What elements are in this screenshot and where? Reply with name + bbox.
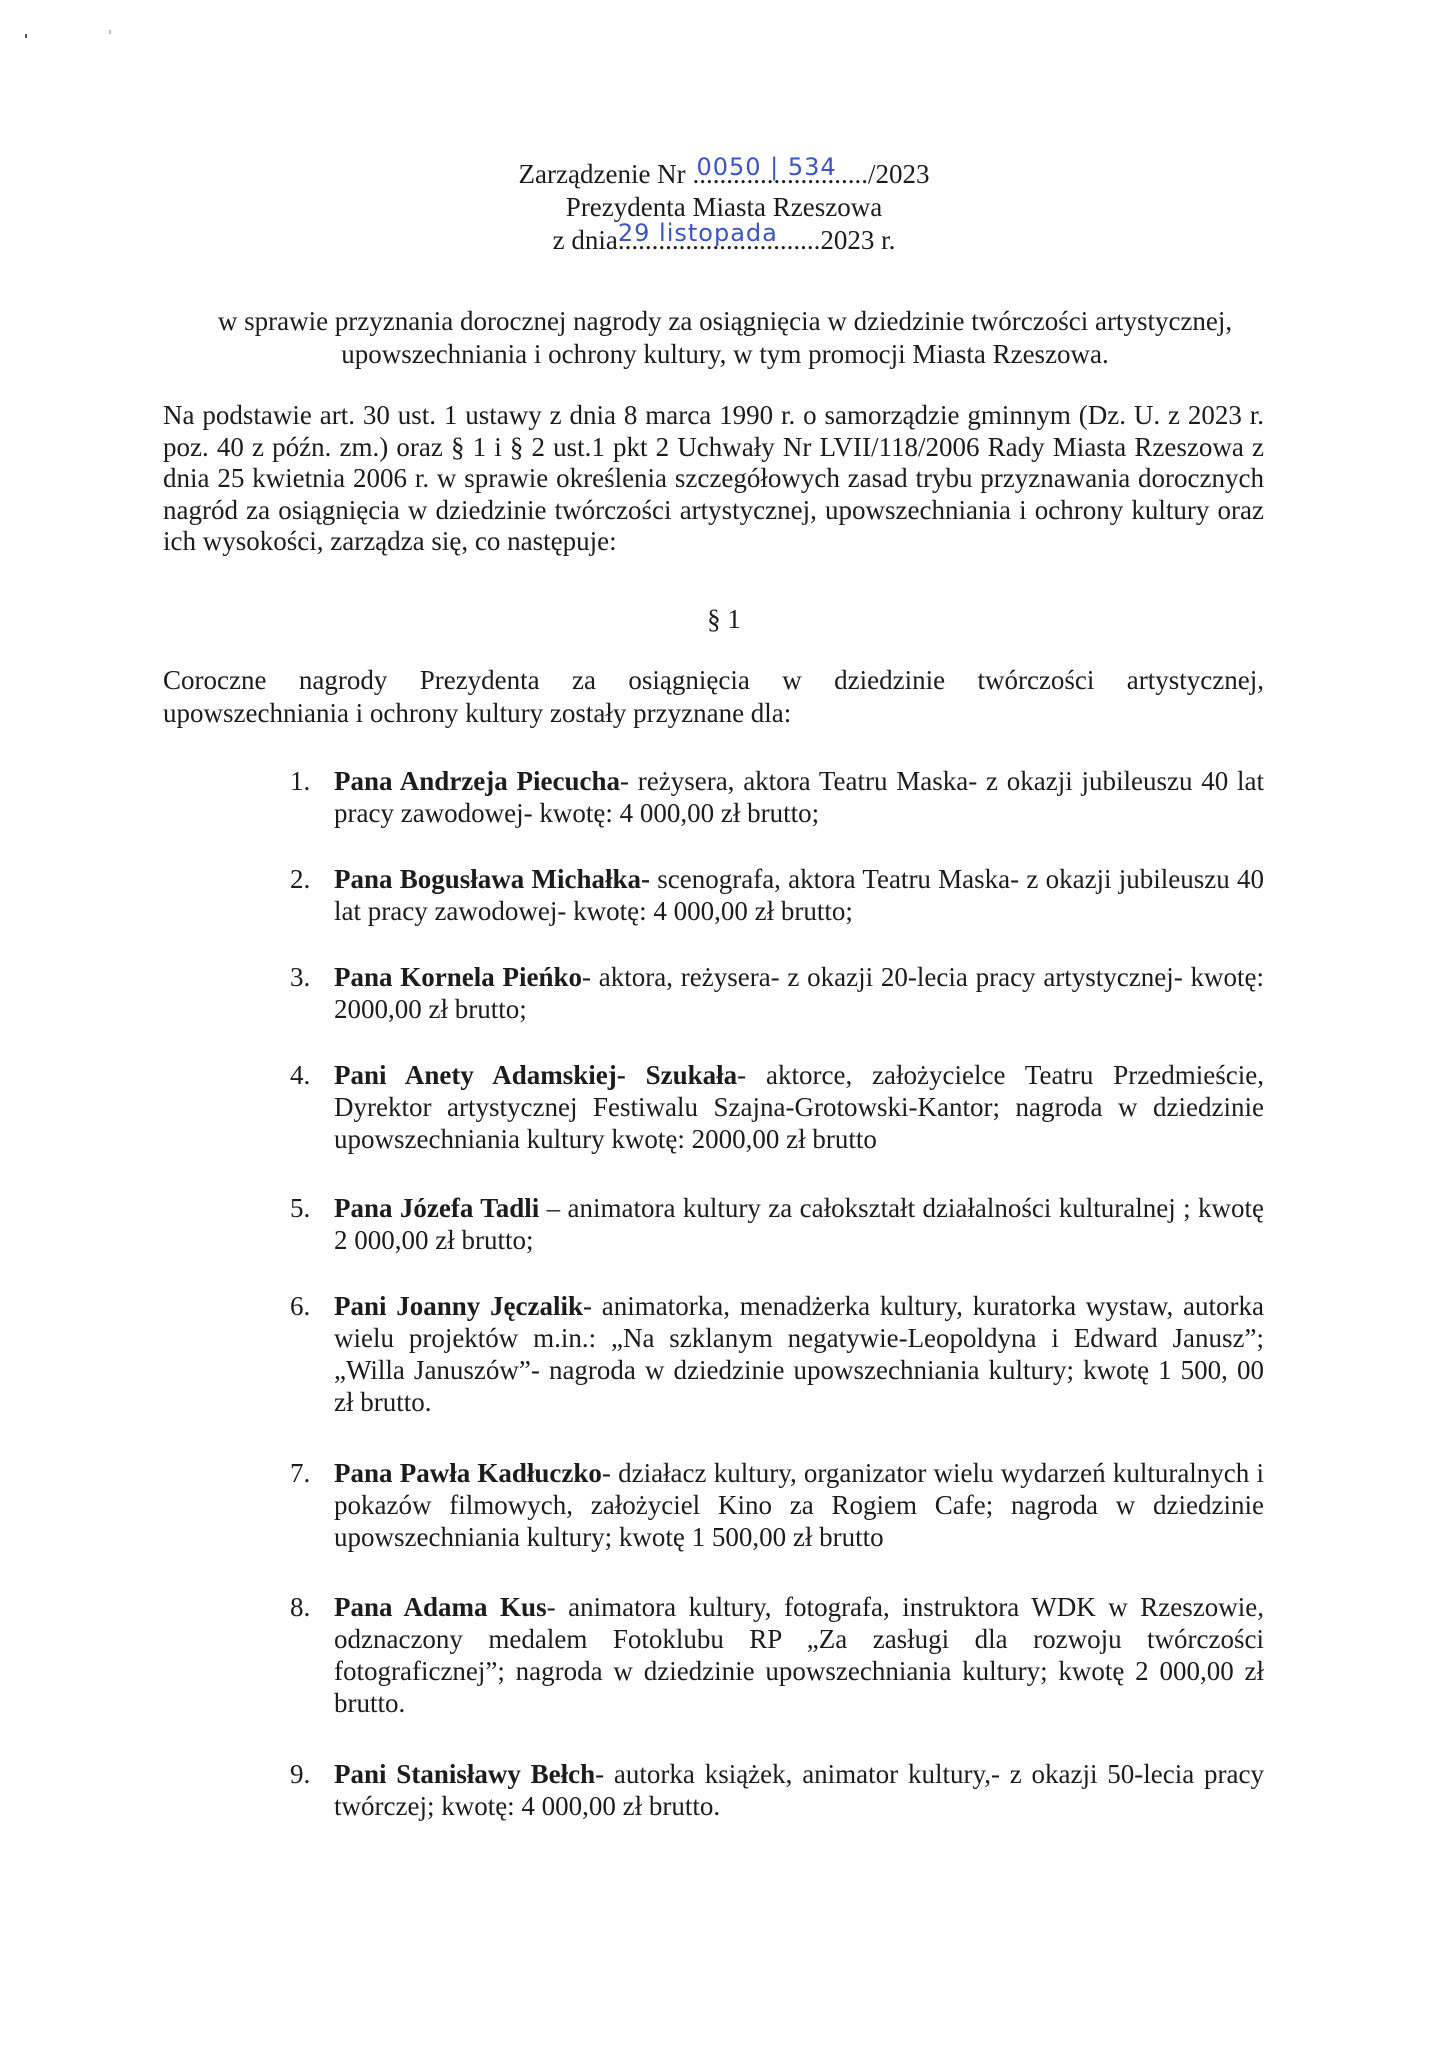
legal-basis: Na podstawie art. 30 ust. 1 ustawy z dni…	[163, 400, 1264, 558]
award-number: 7.	[290, 1457, 310, 1489]
award-recipient-name: Pana Kornela Pieńko	[334, 962, 582, 992]
award-item: 6.Pani Joanny Jęczalik- animatorka, mena…	[290, 1290, 1264, 1418]
award-number: 2.	[290, 863, 310, 895]
award-item: 9.Pani Stanisławy Bełch- autorka książek…	[290, 1758, 1264, 1822]
award-item: 1.Pana Andrzeja Piecucha- reżysera, akto…	[290, 765, 1264, 829]
number-field: ..........................0050 | 534	[692, 159, 868, 189]
award-number: 9.	[290, 1758, 310, 1790]
award-recipient-name: Pana Pawła Kadłuczko	[334, 1458, 602, 1488]
award-number: 1.	[290, 765, 310, 797]
award-recipient-name: Pani Stanisławy Bełch	[334, 1759, 595, 1789]
order-title-suffix: /2023	[868, 159, 930, 189]
award-recipient-name: Pani Anety Adamskiej- Szukała	[334, 1060, 737, 1090]
awards-intro-line-1: Coroczne nagrody Prezydenta za osiągnięc…	[163, 664, 1264, 697]
award-item: 5.Pana Józefa Tadli – animatora kultury …	[290, 1192, 1264, 1256]
scan-speck	[109, 30, 111, 34]
award-number: 5.	[290, 1192, 310, 1224]
award-number: 6.	[290, 1290, 310, 1322]
award-recipient-name: Pana Adama Kus	[334, 1592, 547, 1622]
section-heading: § 1	[0, 604, 1448, 635]
award-item: 2.Pana Bogusława Michałka- scenografa, a…	[290, 863, 1264, 927]
date-field: ..............................29 listopa…	[618, 225, 821, 255]
award-item: 8.Pana Adama Kus- animatora kultury, fot…	[290, 1591, 1264, 1719]
awards-intro: Coroczne nagrody Prezydenta za osiągnięc…	[163, 664, 1264, 730]
award-item: 7.Pana Pawła Kadłuczko- działacz kultury…	[290, 1457, 1264, 1553]
award-item: 4.Pani Anety Adamskiej- Szukała- aktorce…	[290, 1059, 1264, 1155]
document-header: Zarządzenie Nr .........................…	[0, 158, 1448, 257]
award-recipient-name: Pana Józefa Tadli	[334, 1193, 539, 1223]
date-prefix: z dnia	[553, 225, 618, 255]
award-recipient-name: Pana Bogusława Michałka-	[334, 864, 650, 894]
scan-speck	[25, 34, 27, 38]
award-number: 4.	[290, 1059, 310, 1091]
date-line: z dnia..............................29 l…	[0, 224, 1448, 257]
award-number: 8.	[290, 1591, 310, 1623]
awards-intro-line-2: upowszechniania i ochrony kultury został…	[163, 698, 791, 728]
order-title-prefix: Zarządzenie Nr	[519, 159, 693, 189]
award-number: 3.	[290, 961, 310, 993]
award-recipient-name: Pana Andrzeja Piecucha	[334, 766, 620, 796]
subject: w sprawie przyznania dorocznej nagrody z…	[150, 305, 1300, 371]
award-item: 3.Pana Kornela Pieńko- aktora, reżysera-…	[290, 961, 1264, 1025]
date-suffix: 2023 r.	[820, 225, 895, 255]
award-recipient-name: Pani Joanny Jęczalik	[334, 1291, 583, 1321]
order-title-line: Zarządzenie Nr .........................…	[0, 158, 1448, 191]
handwritten-number: 0050 | 534	[696, 151, 836, 184]
handwritten-date: 29 listopada	[618, 217, 778, 250]
